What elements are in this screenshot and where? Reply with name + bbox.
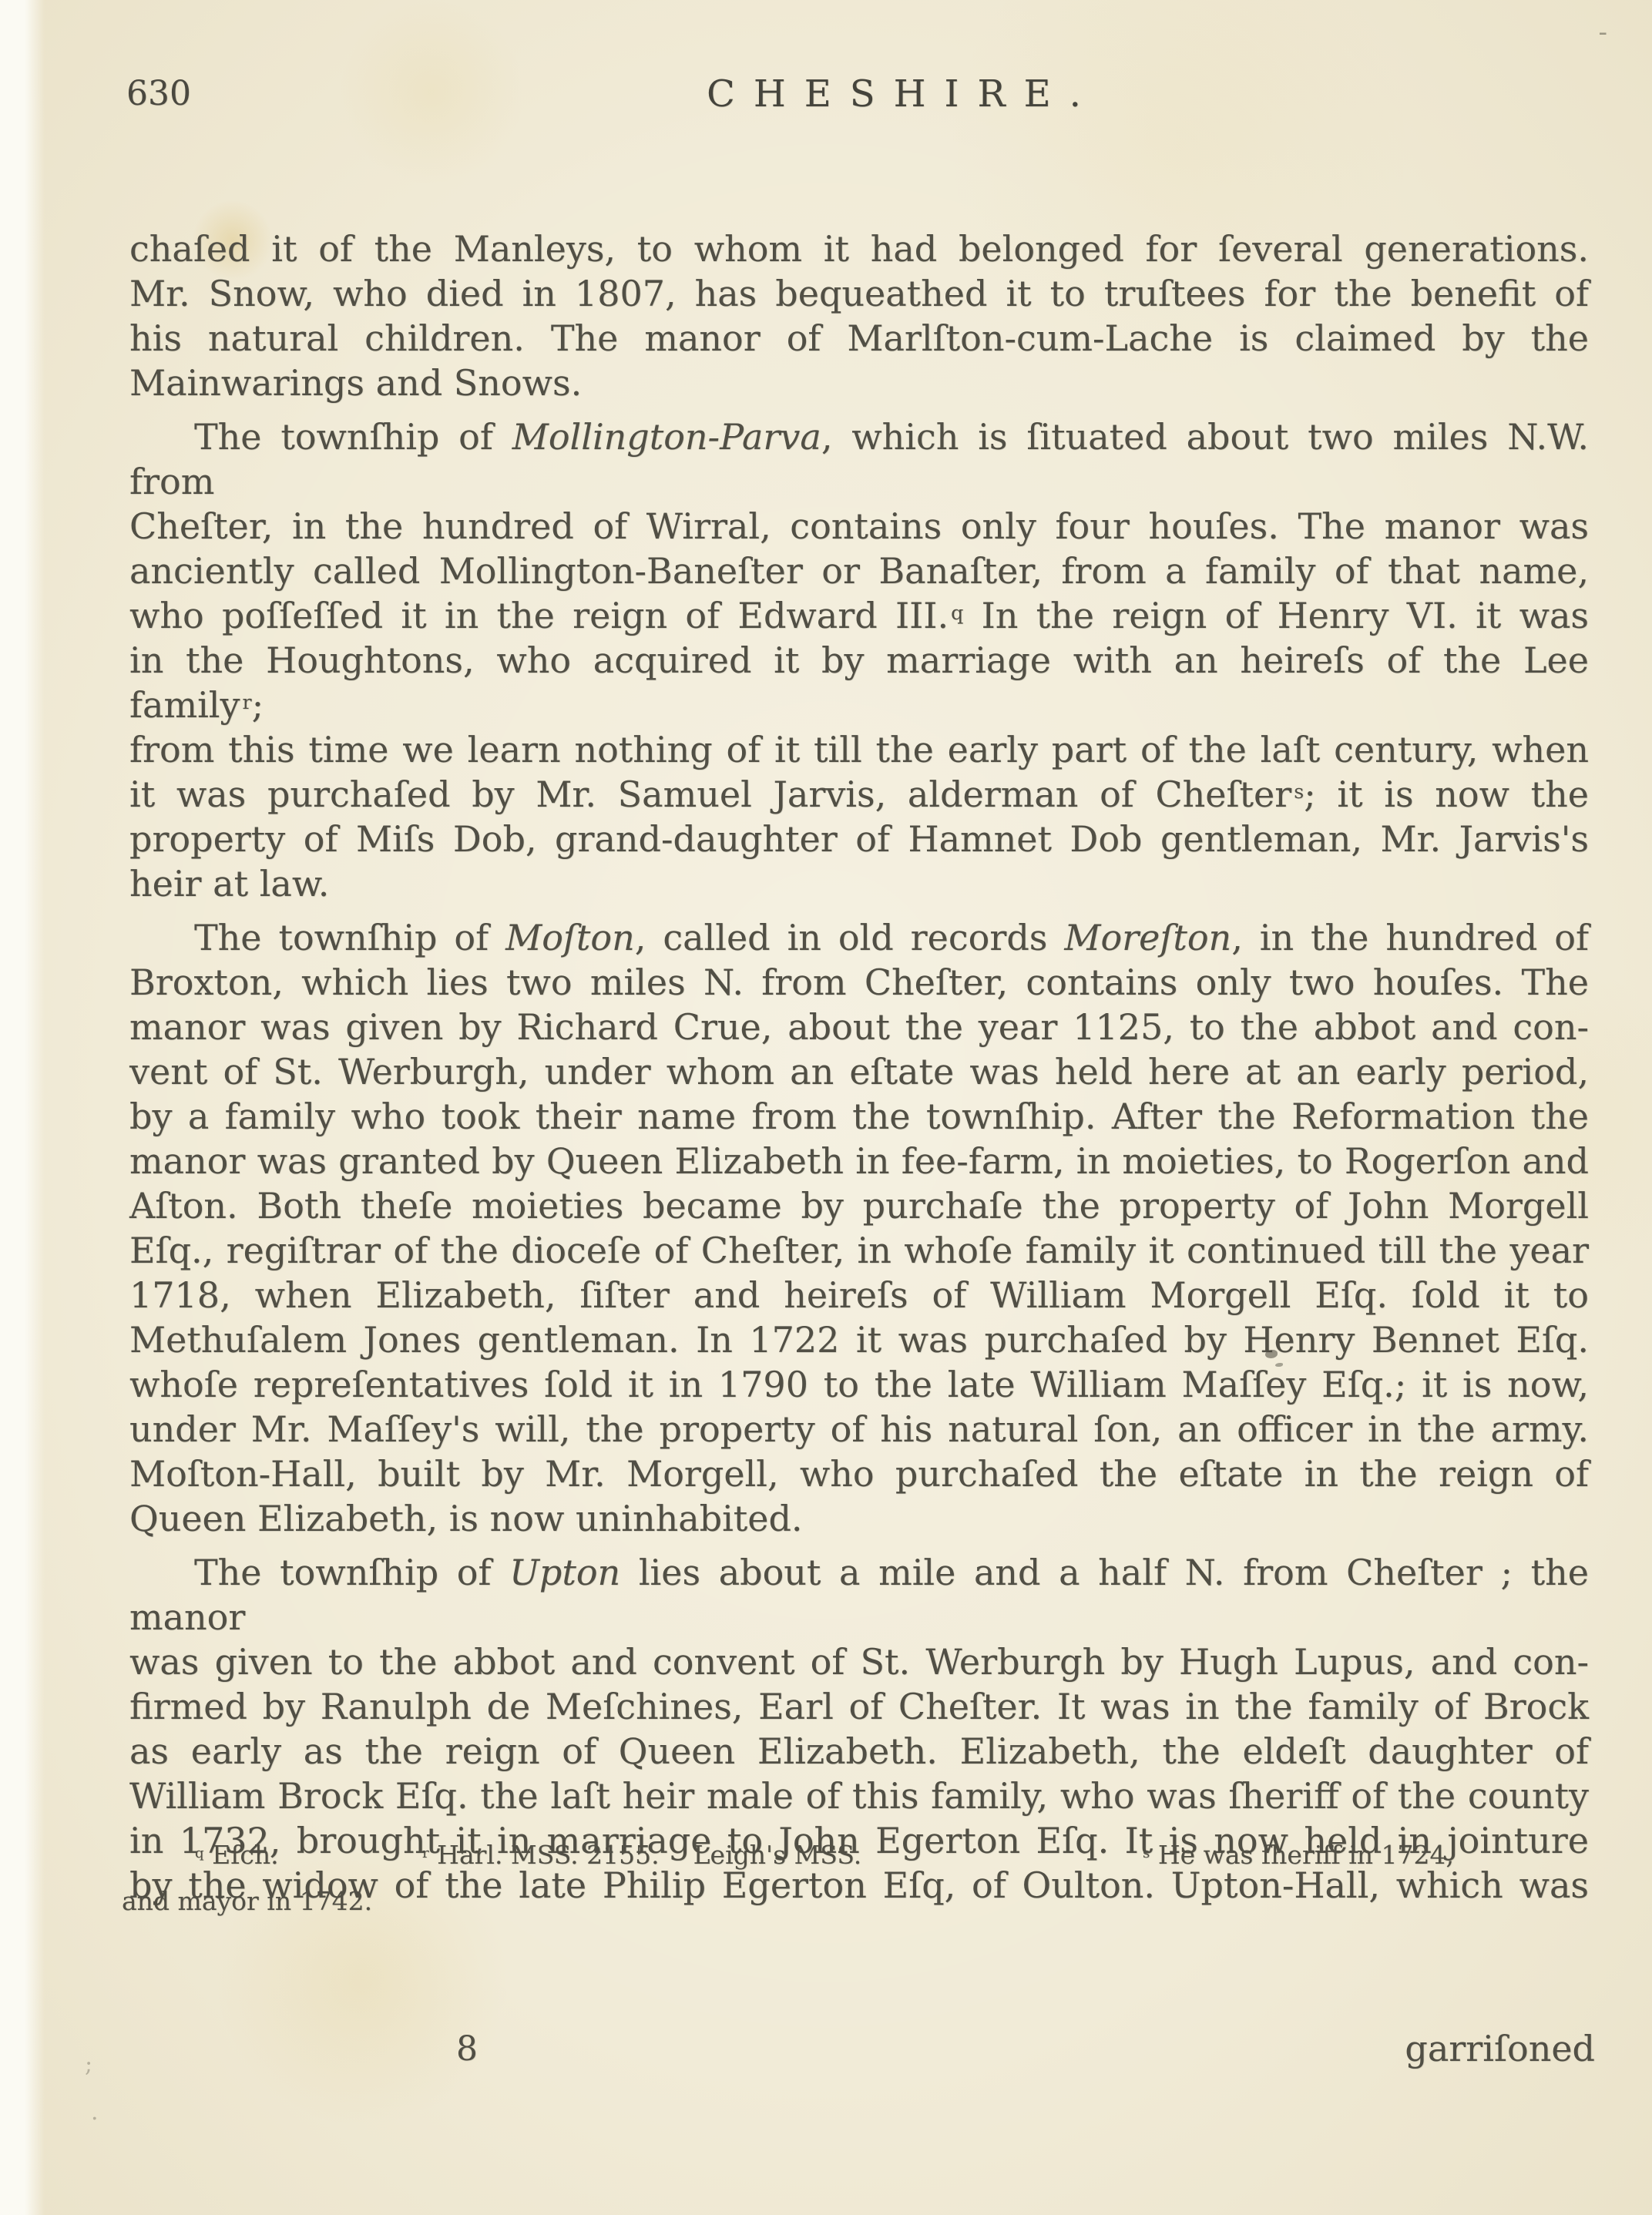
text-line: Mainwarings and Snows. (129, 361, 1589, 405)
footnote-marker: r (422, 1845, 429, 1861)
text-segment: anciently called Mollington-Baneſter or … (129, 550, 1589, 592)
text-line: William Brock Eſq. the laſt heir male of… (129, 1774, 1589, 1818)
text-segment: manor was granted by Queen Elizabeth in … (129, 1140, 1589, 1182)
text-segment: Methuſalem Jones gentleman. In 1722 it w… (129, 1319, 1589, 1361)
text-segment: , in the hundred of (1231, 917, 1589, 958)
footnote-marker: r (242, 691, 251, 713)
text-segment: ; it is now the (1304, 774, 1589, 815)
scan-artifact: . (91, 2099, 99, 2126)
text-line: 1718, when Elizabeth, ſiſter and heireſs… (129, 1273, 1589, 1317)
text-segment: firmed by Ranulph de Meſchines, Earl of … (129, 1686, 1589, 1727)
text-line: Mr. Snow, who died in 1807, has bequeath… (129, 271, 1589, 316)
text-segment: Cheſter, in the hundred of Wirral, conta… (129, 505, 1589, 547)
text-line: Aſton. Both theſe moieties became by pur… (129, 1183, 1589, 1228)
footnote-marker: q (195, 1845, 204, 1861)
text-line: property of Miſs Dob, grand-daughter of … (129, 817, 1589, 861)
book-page: 630 CHESHIRE. chaſed it of the Manleys, … (0, 0, 1652, 2215)
text-segment: William Brock Eſq. the laſt heir male of… (129, 1775, 1589, 1817)
text-line: in the Houghtons, who acquired it by mar… (129, 638, 1589, 727)
text-line: anciently called Mollington-Baneſter or … (129, 549, 1589, 593)
text-segment: In the reign of Henry VI. it was (963, 595, 1589, 636)
text-segment: his natural children. The manor of Marlſ… (129, 317, 1589, 359)
italic-place-name: Moreſton (1064, 917, 1231, 958)
text-segment: The townſhip of (194, 917, 505, 958)
footnote-s: s He was ſheriff in 1724, (1140, 1840, 1454, 1871)
footnote-marker: s (1143, 1845, 1150, 1861)
text-segment: Broxton, which lies two miles N. from Ch… (129, 962, 1589, 1003)
running-header: CHESHIRE. (0, 72, 1652, 116)
text-line: Moſton-Hall, built by Mr. Morgell, who p… (129, 1451, 1589, 1496)
text-line: Queen Elizabeth, is now uninhabited. (129, 1496, 1589, 1541)
text-segment: manor was given by Richard Crue, about t… (129, 1006, 1589, 1048)
text-line: under Mr. Maſſey's will, the property of… (129, 1407, 1589, 1451)
paragraph: chaſed it of the Manleys, to whom it had… (129, 227, 1589, 405)
text-segment: property of Miſs Dob, grand-daughter of … (129, 818, 1589, 860)
text-segment: 1718, when Elizabeth, ſiſter and heireſs… (129, 1274, 1589, 1316)
text-segment: ; (252, 684, 264, 726)
text-line: vent of St. Werburgh, under whom an eſta… (129, 1049, 1589, 1094)
text-segment: Eſq., regiſtrar of the dioceſe of Cheſte… (129, 1230, 1589, 1271)
text-line: The townſhip of Moſton, called in old re… (129, 915, 1589, 960)
text-segment: Mr. Snow, who died in 1807, has bequeath… (129, 273, 1589, 314)
text-segment: whoſe repreſentatives ſold it in 1790 to… (129, 1364, 1589, 1405)
text-line: manor was given by Richard Crue, about t… (129, 1005, 1589, 1049)
scan-artifact: - (1599, 17, 1608, 48)
text-segment: was given to the abbot and convent of St… (129, 1641, 1589, 1683)
text-segment: vent of St. Werburgh, under whom an eſta… (129, 1051, 1589, 1092)
text-segment: chaſed it of the Manleys, to whom it had… (129, 228, 1589, 270)
footnote-text: Harl. MSS. 2155. (437, 1840, 659, 1870)
footnote-text: Eſch. (212, 1840, 279, 1870)
footnote-text: Leigh's MSS. (693, 1840, 862, 1870)
text-segment: Moſton-Hall, built by Mr. Morgell, who p… (129, 1453, 1589, 1495)
text-segment: by a family who took their name from the… (129, 1096, 1589, 1137)
text-line: The townſhip of Mollington-Parva, which … (129, 414, 1589, 504)
body-text: chaſed it of the Manleys, to whom it had… (129, 227, 1589, 1908)
text-line: Broxton, which lies two miles N. from Ch… (129, 960, 1589, 1005)
text-segment: The townſhip of (194, 1552, 509, 1593)
text-line: by a family who took their name from the… (129, 1094, 1589, 1139)
text-line: from this time we learn nothing of it ti… (129, 727, 1589, 772)
text-segment: as early as the reign of Queen Elizabeth… (129, 1730, 1589, 1772)
italic-place-name: Upton (509, 1552, 620, 1593)
text-segment: Queen Elizabeth, is now uninhabited. (129, 1498, 803, 1539)
footnote-r: r Harl. MSS. 2155.Leigh's MSS. (420, 1840, 861, 1871)
italic-place-name: Moſton (505, 917, 635, 958)
text-segment: from this time we learn nothing of it ti… (129, 729, 1589, 770)
text-segment: heir at law. (129, 863, 329, 904)
footnote-text: He was ſheriff in 1724, (1158, 1840, 1454, 1870)
text-line: whoſe repreſentatives ſold it in 1790 to… (129, 1362, 1589, 1407)
signature-mark: 8 (456, 2029, 478, 2069)
text-line: his natural children. The manor of Marlſ… (129, 316, 1589, 361)
text-line: The townſhip of Upton lies about a mile … (129, 1550, 1589, 1639)
text-line: chaſed it of the Manleys, to whom it had… (129, 227, 1589, 271)
footnote-continuation: and mayor in 1742. (122, 1886, 1581, 1917)
text-segment: Mainwarings and Snows. (129, 362, 582, 404)
text-line: it was purchaſed by Mr. Samuel Jarvis, a… (129, 772, 1589, 817)
footnote-marker: s (1294, 780, 1304, 803)
text-line: as early as the reign of Queen Elizabeth… (129, 1729, 1589, 1774)
text-segment: , called in old records (635, 917, 1065, 958)
italic-place-name: Mollington-Parva (512, 416, 821, 458)
text-line: was given to the abbot and convent of St… (129, 1639, 1589, 1684)
text-segment: it was purchaſed by Mr. Samuel Jarvis, a… (129, 774, 1291, 815)
text-line: Cheſter, in the hundred of Wirral, conta… (129, 504, 1589, 549)
text-line: Eſq., regiſtrar of the dioceſe of Cheſte… (129, 1228, 1589, 1273)
text-line: heir at law. (129, 861, 1589, 906)
footnote-marker: q (951, 602, 963, 624)
paragraph: The townſhip of Moſton, called in old re… (129, 915, 1589, 1541)
text-line: firmed by Ranulph de Meſchines, Earl of … (129, 1684, 1589, 1729)
footnote-q: q Eſch. (193, 1840, 279, 1871)
text-segment: Aſton. Both theſe moieties became by pur… (129, 1185, 1589, 1227)
text-segment: in the Houghtons, who acquired it by mar… (129, 639, 1589, 726)
catchword: garriſoned (1405, 2028, 1595, 2069)
text-line: manor was granted by Queen Elizabeth in … (129, 1139, 1589, 1183)
scan-artifact: ; (85, 2051, 92, 2078)
text-segment: under Mr. Maſſey's will, the property of… (129, 1408, 1589, 1450)
text-line: Methuſalem Jones gentleman. In 1722 it w… (129, 1317, 1589, 1362)
text-line: who poſſeſſed it in the reign of Edward … (129, 593, 1589, 638)
text-segment: who poſſeſſed it in the reign of Edward … (129, 595, 949, 636)
paragraph: The townſhip of Mollington-Parva, which … (129, 414, 1589, 906)
text-segment: The townſhip of (194, 416, 512, 458)
